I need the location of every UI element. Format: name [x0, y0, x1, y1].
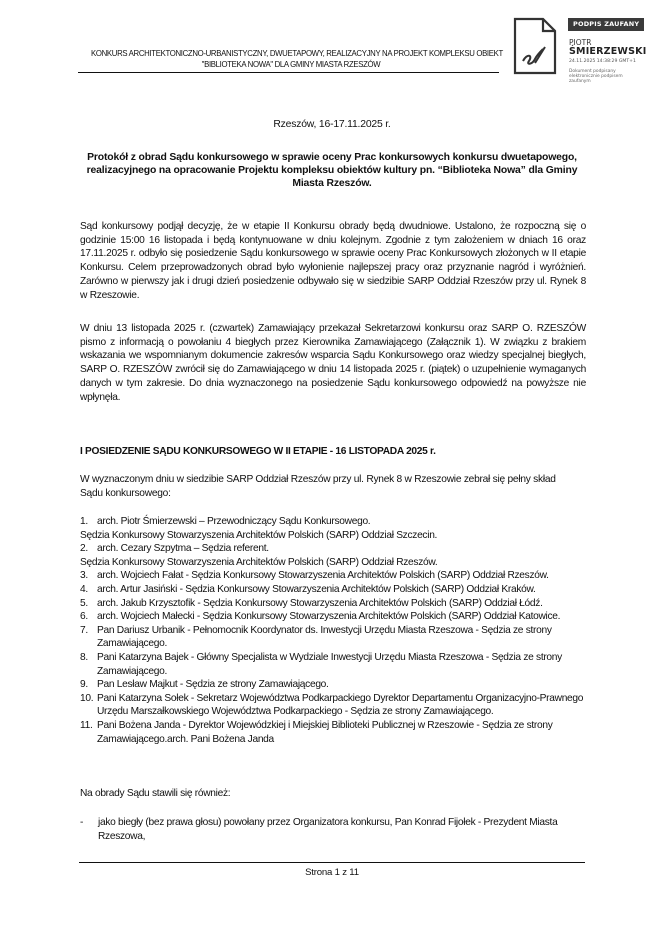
list-item: 4.arch. Artur Jasiński - Sędzia Konkurso…	[80, 583, 600, 597]
list-item-number: 4.	[80, 583, 88, 597]
paragraph-decision: Sąd konkursowy podjął decyzję, że w etap…	[80, 220, 586, 302]
list-item-text: Pani Bożena Janda - Dyrektor Wojewódzkie…	[97, 720, 553, 745]
list-item-text: Pani Katarzyna Sołek - Sekretarz Wojewód…	[97, 693, 583, 718]
list-item-text: arch. Jakub Krzysztofik - Sędzia Konkurs…	[97, 598, 543, 609]
document-header: KONKURS ARCHITEKTONICZNO-URBANISTYCZNY, …	[78, 48, 472, 69]
signature-timestamp: 24.11.2025 14:38:29 GMT+1	[569, 59, 636, 64]
paragraph-jury-intro: W wyznaczonym dniu w siedzibie SARP Oddz…	[80, 473, 560, 500]
also-present-text: jako biegły (bez prawa głosu) powołany p…	[80, 816, 586, 843]
list-item: 7.Pan Dariusz Urbanik - Pełnomocnik Koor…	[80, 624, 600, 651]
list-item-text: Pan Lesław Majkut - Sędzia ze strony Zam…	[97, 679, 329, 690]
trusted-signature-stamp: PODPIS ZAUFANY PIOTR ŚMIERZEWSKI 24.11.2…	[513, 14, 663, 86]
list-item-text: arch. Wojciech Fałat - Sędzia Konkursowy…	[97, 570, 549, 581]
list-item: 2.arch. Cezary Szpytma – Sędzia referent…	[80, 542, 600, 556]
document-page: KONKURS ARCHITEKTONICZNO-URBANISTYCZNY, …	[0, 0, 664, 939]
header-line-2: "BIBLIOTEKA NOWA" DLA GMINY MIASTA RZESZ…	[78, 59, 472, 70]
list-item-affiliation: Sędzia Konkursowy Stowarzyszenia Archite…	[80, 529, 600, 543]
signature-note: Dokument podpisany elektronicznie podpis…	[569, 69, 629, 84]
signer-last-name: ŚMIERZEWSKI	[569, 46, 646, 57]
signed-document-icon	[513, 17, 557, 75]
list-item: 6.arch. Wojciech Małecki - Sędzia Konkur…	[80, 610, 600, 624]
list-item-affiliation: Sędzia Konkursowy Stowarzyszenia Archite…	[80, 556, 600, 570]
jury-list: 1.arch. Piotr Śmierzewski – Przewodniczą…	[80, 515, 600, 746]
signature-badge: PODPIS ZAUFANY	[568, 18, 644, 31]
section-heading: I POSIEDZENIE SĄDU KONKURSOWEGO W II ETA…	[80, 446, 436, 457]
also-present-item: - jako biegły (bez prawa głosu) powołany…	[80, 816, 586, 843]
list-item: 11.Pani Bożena Janda - Dyrektor Wojewódz…	[80, 719, 600, 746]
list-item-number: 8.	[80, 651, 88, 665]
document-date: Rzeszów, 16-17.11.2025 r.	[0, 119, 664, 130]
list-item-number: 9.	[80, 678, 88, 692]
list-item: 1.arch. Piotr Śmierzewski – Przewodniczą…	[80, 515, 600, 529]
document-title: Protokół z obrad Sądu konkursowego w spr…	[82, 151, 582, 191]
list-item-number: 10.	[80, 692, 93, 706]
bullet-dash: -	[80, 816, 83, 830]
list-item-number: 2.	[80, 542, 88, 556]
paragraph-experts: W dniu 13 listopada 2025 r. (czwartek) Z…	[80, 322, 586, 404]
list-item-text: arch. Piotr Śmierzewski – Przewodniczący…	[97, 516, 370, 527]
list-item: 10.Pani Katarzyna Sołek - Sekretarz Woje…	[80, 692, 600, 719]
also-present-label: Na obrady Sądu stawili się również:	[80, 788, 230, 799]
list-item-number: 5.	[80, 597, 88, 611]
list-item: 8.Pani Katarzyna Bajek - Główny Specjali…	[80, 651, 600, 678]
list-item: 5.arch. Jakub Krzysztofik - Sędzia Konku…	[80, 597, 600, 611]
list-item-text: arch. Cezary Szpytma – Sędzia referent.	[97, 543, 269, 554]
header-line-1: KONKURS ARCHITEKTONICZNO-URBANISTYCZNY, …	[78, 48, 472, 59]
list-item-number: 1.	[80, 515, 88, 529]
header-divider	[78, 72, 499, 73]
list-item-text: arch. Artur Jasiński - Sędzia Konkursowy…	[97, 584, 536, 595]
list-item: 9.Pan Lesław Majkut - Sędzia ze strony Z…	[80, 678, 600, 692]
page-number: Strona 1 z 11	[0, 867, 664, 878]
list-item-number: 7.	[80, 624, 88, 638]
footer-divider	[79, 862, 585, 863]
list-item-text: arch. Wojciech Małecki - Sędzia Konkurso…	[97, 611, 560, 622]
list-item-number: 3.	[80, 569, 88, 583]
list-item: 3.arch. Wojciech Fałat - Sędzia Konkurso…	[80, 569, 600, 583]
list-item-number: 6.	[80, 610, 88, 624]
list-item-text: Pani Katarzyna Bajek - Główny Specjalist…	[97, 652, 562, 677]
list-item-number: 11.	[80, 719, 93, 733]
list-item-text: Pan Dariusz Urbanik - Pełnomocnik Koordy…	[97, 625, 552, 650]
